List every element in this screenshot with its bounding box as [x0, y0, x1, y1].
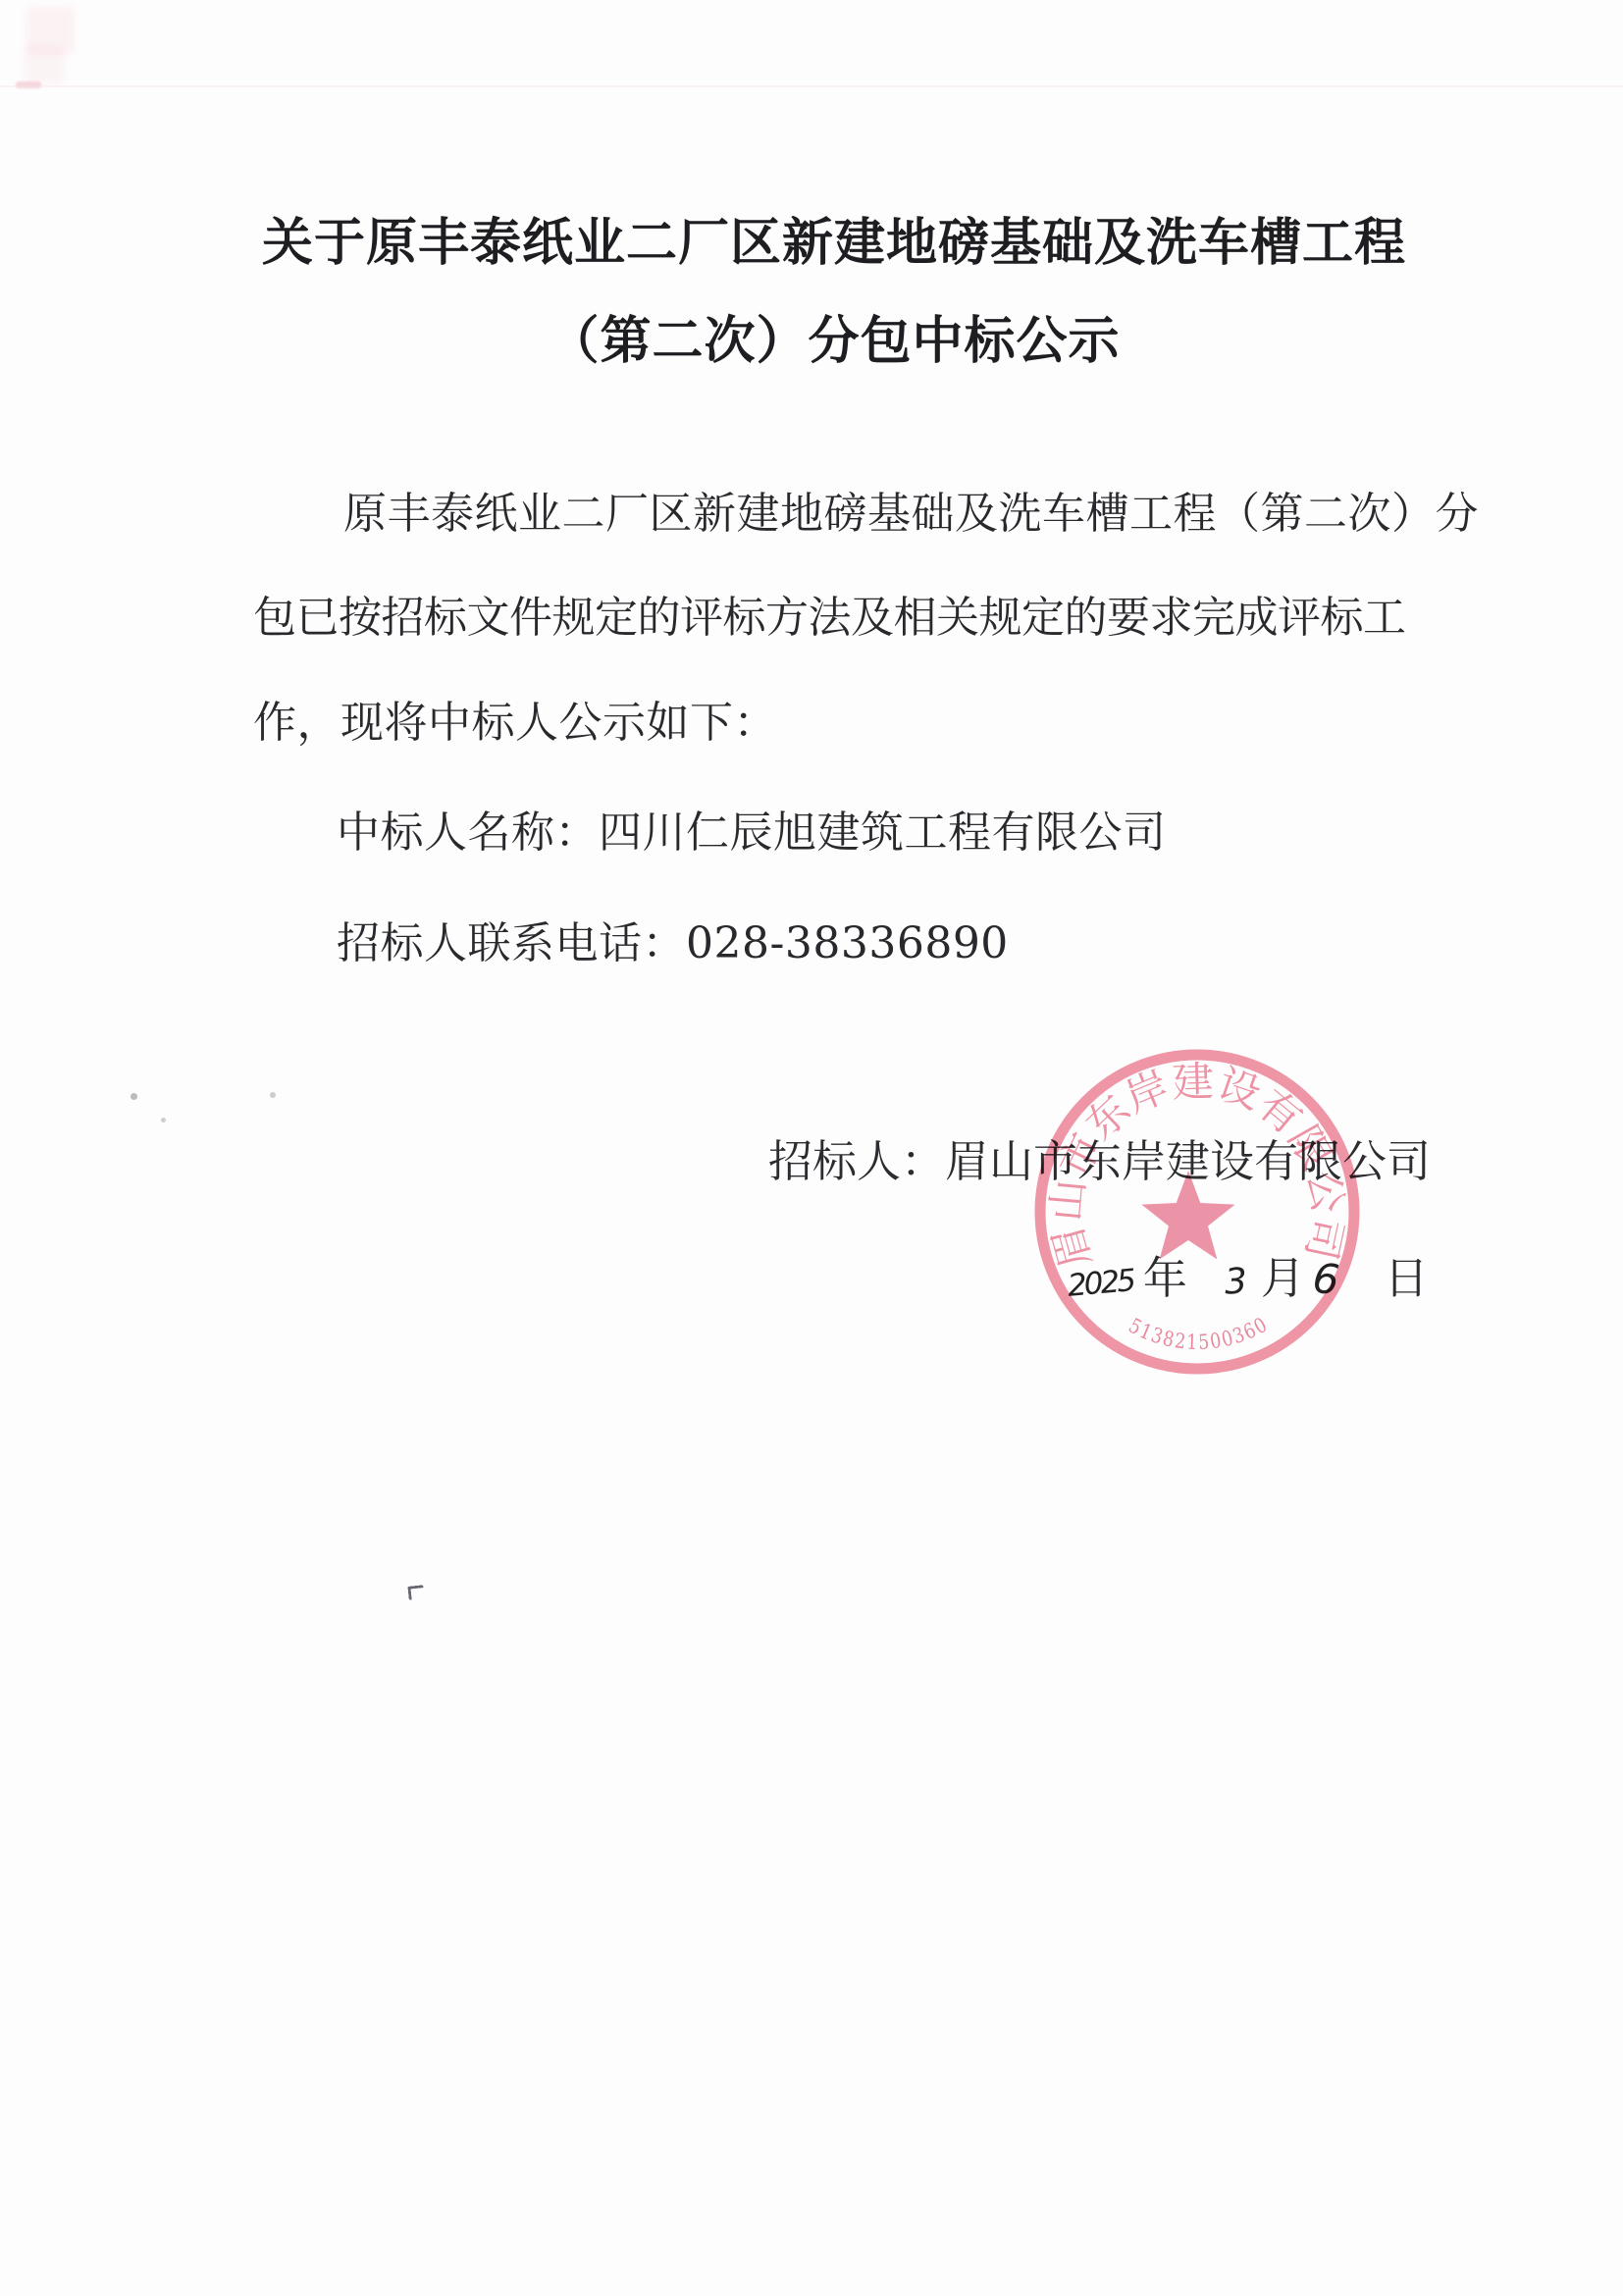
scan-speck — [131, 1093, 137, 1100]
seal-star-icon — [1141, 1171, 1234, 1260]
document-title: 关于原丰泰纸业二厂区新建地磅基础及洗车槽工程 （第二次）分包中标公示 — [255, 194, 1413, 391]
paragraph-line-2: 包已按招标文件规定的评标方法及相关规定的要求完成评标工 — [253, 591, 1406, 646]
title-line-2: （第二次）分包中标公示 — [255, 292, 1413, 391]
scan-line-artifact — [0, 85, 1623, 87]
day-unit: 日 — [1385, 1242, 1429, 1306]
scan-smudge — [24, 45, 65, 84]
scan-smudge — [16, 81, 41, 88]
scanned-document-page: 关于原丰泰纸业二厂区新建地磅基础及洗车槽工程 （第二次）分包中标公示 原丰泰纸业… — [0, 0, 1623, 2296]
scan-mark — [407, 1585, 424, 1600]
scan-smudge — [26, 6, 75, 55]
scan-speck — [161, 1118, 166, 1122]
winner-name-line: 中标人名称：四川仁辰旭建筑工程有限公司 — [337, 806, 1167, 861]
tenderer-phone-line: 招标人联系电话：028-38336890 — [337, 916, 1009, 971]
company-seal-stamp: 眉山市东岸建设有限公司 5138215003606 — [1028, 1043, 1366, 1381]
title-line-1: 关于原丰泰纸业二厂区新建地磅基础及洗车槽工程 — [255, 194, 1413, 292]
paragraph-line-1: 原丰泰纸业二厂区新建地磅基础及洗车槽工程（第二次）分 — [343, 487, 1479, 542]
paragraph-line-3: 作，现将中标人公示如下： — [253, 696, 777, 751]
scan-speck — [270, 1092, 276, 1098]
